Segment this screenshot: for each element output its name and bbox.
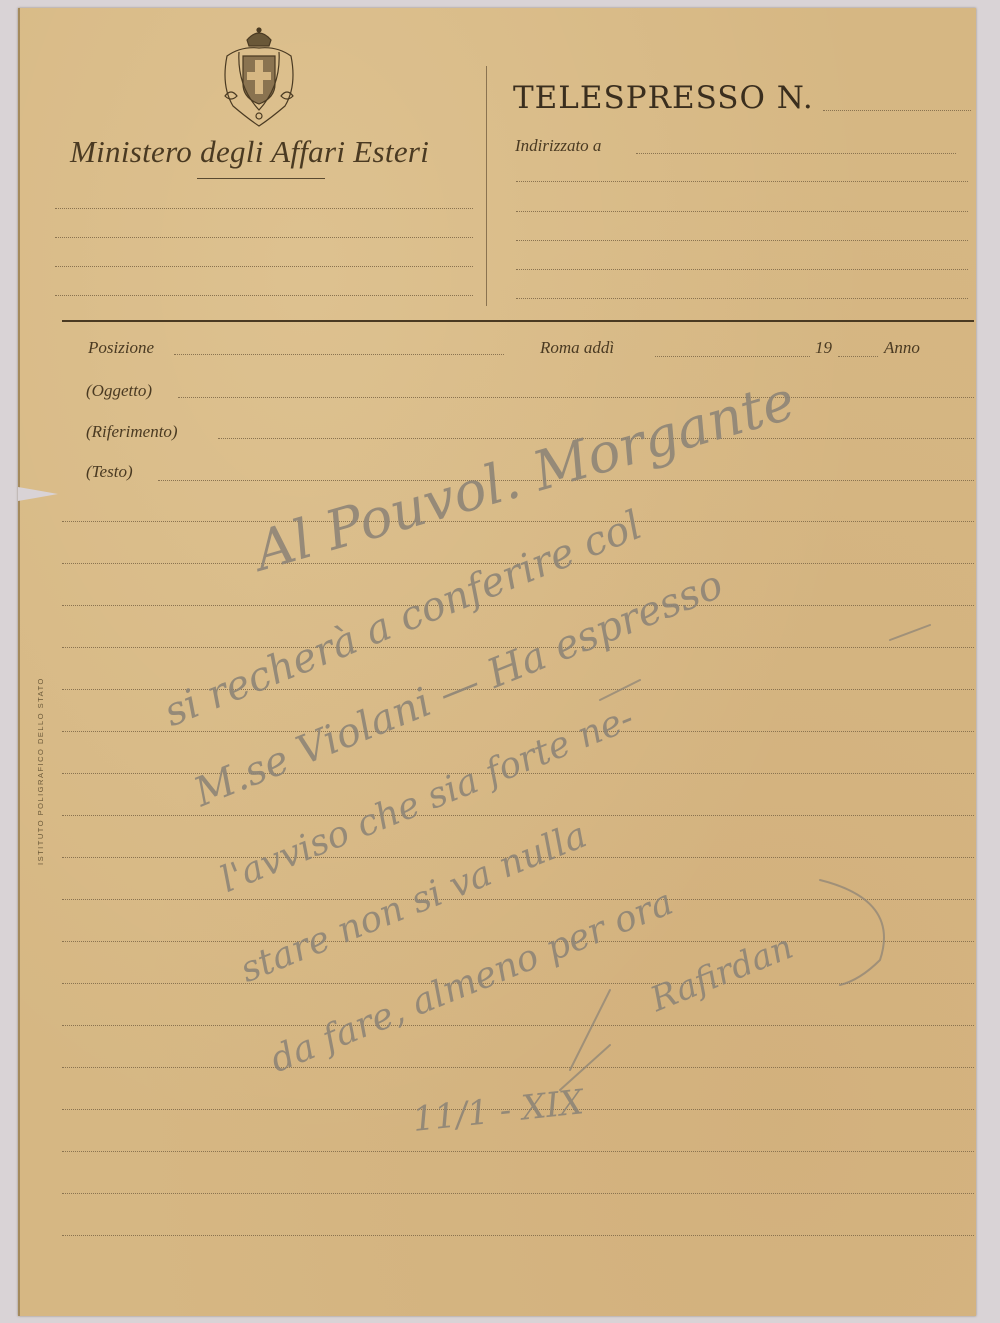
pencil-strokes [0, 0, 1000, 1323]
